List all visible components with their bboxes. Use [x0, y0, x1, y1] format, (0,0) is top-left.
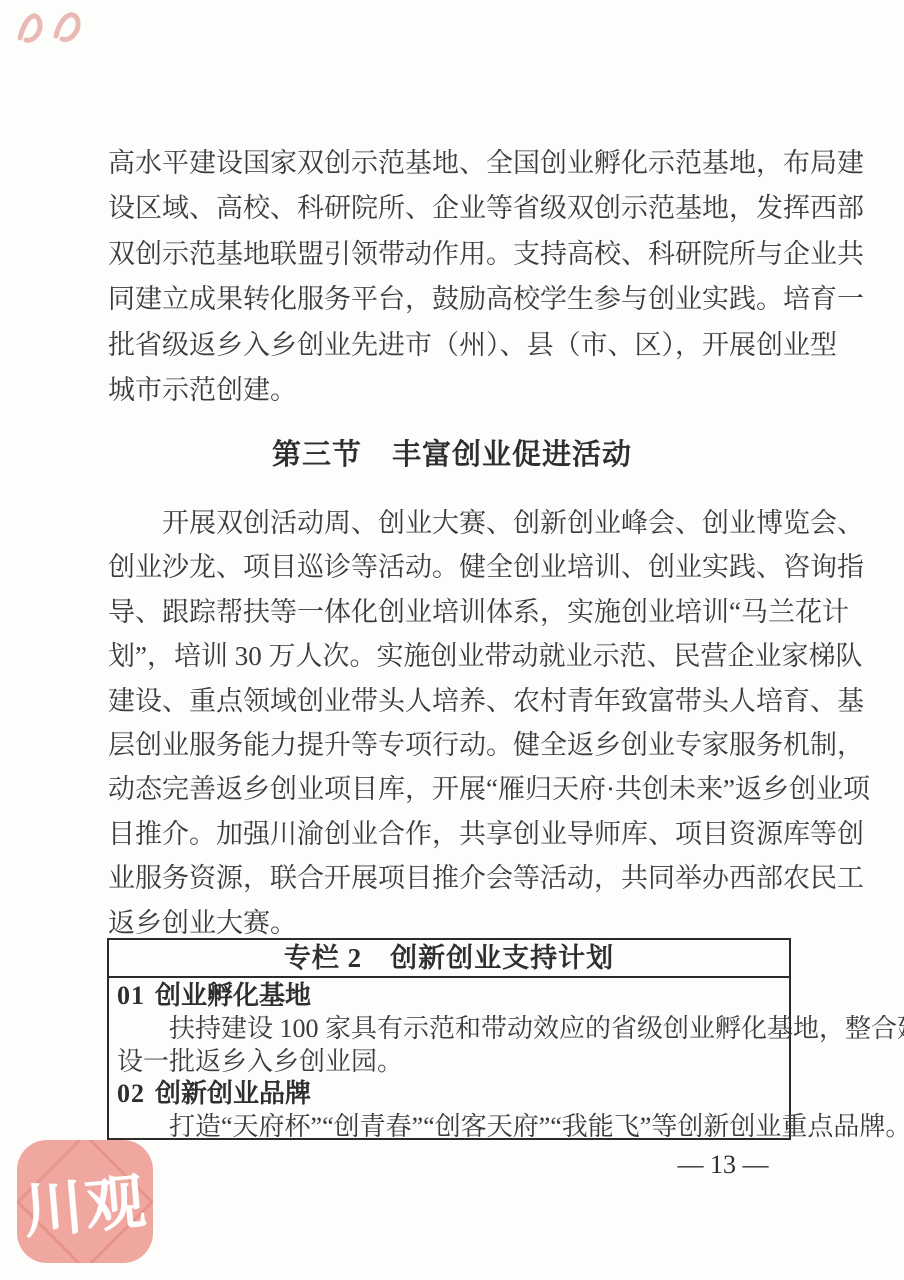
paragraph-2-line: 创业沙龙、项目巡诊等活动。健全创业培训、创业实践、咨询指	[108, 545, 796, 589]
paragraph-2: 开展双创活动周、创业大赛、创新创业峰会、创业博览会、 创业沙龙、项目巡诊等活动。…	[108, 501, 796, 945]
panel-item-1-title: 创业孵化基地	[155, 981, 311, 1010]
panel-item-2-line: 打造“天府杯”“创青春”“创客天府”“我能飞”等创新创业重点品牌。	[117, 1111, 781, 1144]
panel-title: 专栏 2 创新创业支持计划	[109, 940, 789, 978]
paragraph-2-line: 划”，培训 30 万人次。实施创业带动就业示范、民营企业家梯队	[108, 634, 796, 678]
panel-item-2-heading: 02创新创业品牌	[117, 1078, 781, 1111]
panel-item-1-line: 设一批返乡入乡创业园。	[117, 1046, 781, 1079]
section-heading: 第三节 丰富创业促进活动	[108, 432, 796, 473]
panel-item-2-number: 02	[117, 1079, 145, 1108]
paragraph-1-line: 设区域、高校、科研院所、企业等省级双创示范基地，发挥西部	[108, 186, 796, 231]
paragraph-2-line: 动态完善返乡创业项目库，开展“雁归天府·共创未来”返乡创业项	[108, 767, 796, 811]
paragraph-1-line: 高水平建设国家双创示范基地、全国创业孵化示范基地，布局建	[108, 141, 796, 186]
support-plan-panel: 专栏 2 创新创业支持计划 01创业孵化基地 扶持建设 100 家具有示范和带动…	[107, 938, 791, 1140]
red-scribble-mark	[12, 2, 98, 54]
paragraph-2-line: 目推介。加强川渝创业合作，共享创业导师库、项目资源库等创	[108, 812, 796, 856]
paragraph-1-line: 双创示范基地联盟引领带动作用。支持高校、科研院所与企业共	[108, 232, 796, 277]
page-number: — 13 —	[650, 1150, 796, 1180]
chuanguan-watermark-logo: 川观	[17, 1140, 153, 1263]
panel-item-2-title: 创新创业品牌	[155, 1079, 311, 1108]
paragraph-1-line: 城市示范创建。	[108, 368, 796, 413]
panel-item-1-heading: 01创业孵化基地	[117, 980, 781, 1013]
paragraph-1-line: 批省级返乡入乡创业先进市（州）、县（市、区），开展创业型	[108, 323, 796, 368]
watermark-text: 川观	[17, 1140, 153, 1263]
paragraph-2-line: 导、跟踪帮扶等一体化创业培训体系，实施创业培训“马兰花计	[108, 590, 796, 634]
panel-item-1-line: 扶持建设 100 家具有示范和带动效应的省级创业孵化基地，整合建	[117, 1013, 781, 1046]
paragraph-2-line: 层创业服务能力提升等专项行动。健全返乡创业专家服务机制，	[108, 723, 796, 767]
paragraph-1-line: 同建立成果转化服务平台，鼓励高校学生参与创业实践。培育一	[108, 277, 796, 322]
paragraph-1: 高水平建设国家双创示范基地、全国创业孵化示范基地，布局建 设区域、高校、科研院所…	[108, 141, 796, 413]
panel-item-1-number: 01	[117, 981, 145, 1010]
paragraph-2-line: 业服务资源，联合开展项目推介会等活动，共同举办西部农民工	[108, 856, 796, 900]
panel-body: 01创业孵化基地 扶持建设 100 家具有示范和带动效应的省级创业孵化基地，整合…	[109, 978, 789, 1144]
paragraph-2-line: 建设、重点领域创业带头人培养、农村青年致富带头人培育、基	[108, 679, 796, 723]
paragraph-2-line: 开展双创活动周、创业大赛、创新创业峰会、创业博览会、	[108, 501, 796, 545]
